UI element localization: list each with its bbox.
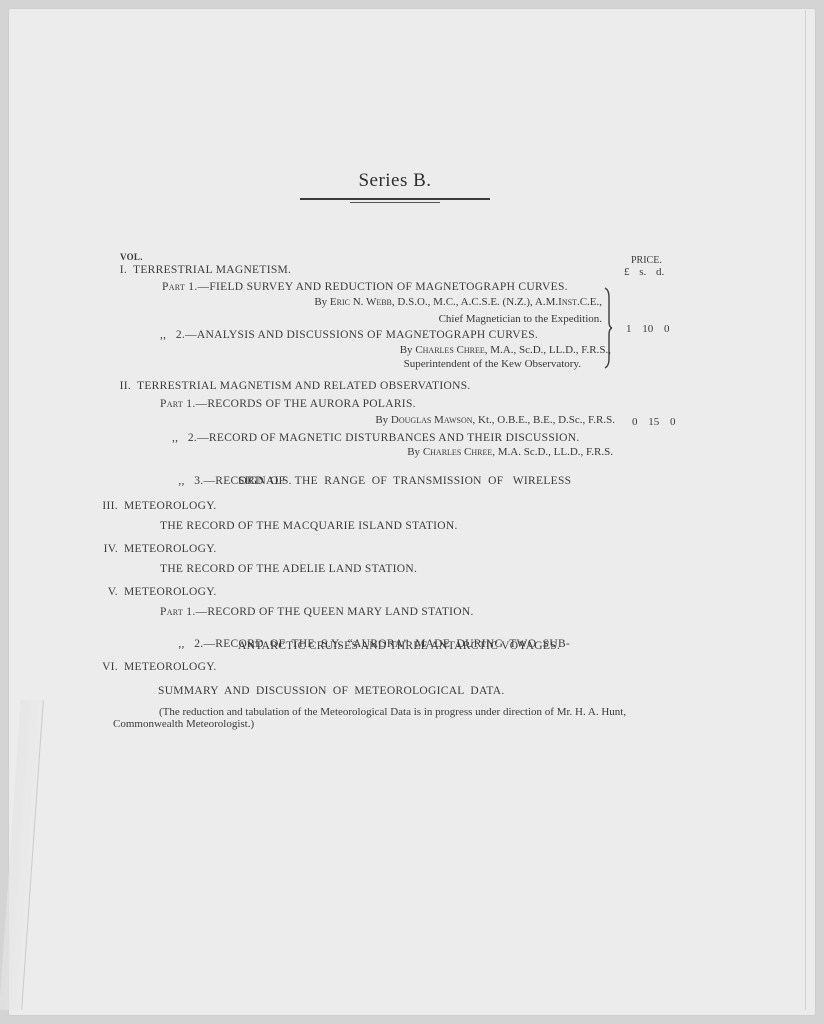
author-inst: Inst [558, 296, 577, 308]
author-line: By Charles Chree, M.A., Sc.D., LL.D., F.… [400, 344, 611, 356]
brace-bracket [604, 287, 612, 369]
part-title: RECORDS OF THE AURORA POLARIS. [207, 398, 415, 410]
author-name: Charles Chree [415, 344, 484, 356]
author-credentials: , Kt., O.B.E., B.E., D.Sc., F.R.S. [473, 414, 615, 426]
volume-2-part-3: ,, 3.—RECORD OF THE RANGE OF TRANSMISSIO… [172, 463, 571, 487]
volume-number: II. [104, 380, 131, 392]
volume-1-part-2: ,, 2.—ANALYSIS AND DISCUSSIONS OF MAGNET… [160, 329, 538, 341]
volume-2-heading: II.TERRESTRIAL MAGNETISM AND RELATED OBS… [104, 380, 471, 392]
author-name: Charles Chree [423, 446, 492, 458]
volume-title: TERRESTRIAL MAGNETISM AND RELATED OBSERV… [137, 380, 471, 392]
title-rule-short [350, 202, 440, 203]
author-name: Douglas Mawson [391, 414, 473, 426]
part-label: ,, 2.— [178, 638, 215, 650]
author-line: By Douglas Mawson, Kt., O.B.E., B.E., D.… [375, 414, 615, 426]
part-label: ,, 2.— [160, 329, 197, 341]
price-units: £ s. d. [624, 266, 664, 278]
part-title: ANALYSIS AND DISCUSSIONS OF MAGNETOGRAPH… [197, 329, 538, 341]
volume-6-heading: VI.METEOROLOGY. [91, 661, 217, 673]
part-label: Part 1.— [160, 398, 207, 410]
author-role: Superintendent of the Kew Observatory. [404, 358, 581, 370]
volume-4-heading: IV.METEOROLOGY. [91, 543, 217, 555]
volume-3-subtitle: THE RECORD OF THE MACQUARIE ISLAND STATI… [160, 520, 458, 532]
part-label: ,, 2.— [172, 432, 209, 444]
part-title: RECORD OF THE QUEEN MARY LAND STATION. [207, 606, 473, 618]
part-title: RECORD OF MAGNETIC DISTURBANCES AND THEI… [209, 432, 580, 444]
author-credentials: , M.A. Sc.D., LL.D., F.R.S. [492, 446, 613, 458]
part-label: Part 1.— [160, 606, 207, 618]
author-role: Chief Magnetician to the Expedition. [439, 313, 602, 325]
author-line: By Charles Chree, M.A. Sc.D., LL.D., F.R… [407, 446, 613, 458]
volume-5-heading: V.METEOROLOGY. [91, 586, 217, 598]
part-label: Part 1.— [162, 281, 209, 293]
volume-number: VI. [91, 661, 118, 673]
volume-title: METEOROLOGY. [124, 586, 217, 598]
volume-6-subtitle: SUMMARY AND DISCUSSION OF METEOROLOGICAL… [158, 685, 505, 697]
volume-5-part-2-continued: ANTARCTIC CRUISES AND THREE ANTARCTIC VO… [238, 640, 560, 652]
volume-2-part-1: Part 1.—RECORDS OF THE AURORA POLARIS. [160, 398, 416, 410]
author-line: By Eric N. Webb, D.S.O., M.C., A.C.S.E. … [314, 296, 602, 308]
author-name: Eric N. Webb [330, 296, 392, 308]
series-title: Series B. [0, 170, 790, 192]
volume-5-part-1: Part 1.—RECORD OF THE QUEEN MARY LAND ST… [160, 606, 474, 618]
author-prefix: By [407, 446, 423, 458]
author-credentials: , M.A., Sc.D., LL.D., F.R.S., [485, 344, 611, 356]
vol-column-label: VOL. [120, 252, 143, 262]
volume-number: I. [100, 264, 127, 276]
volume-1-price: 1 10 0 [626, 323, 670, 335]
author-credentials: , D.S.O., M.C., A.C.S.E. (N.Z.), A.M. [392, 296, 558, 308]
volume-title: METEOROLOGY. [124, 543, 217, 555]
author-prefix: By [400, 344, 416, 356]
volume-number: IV. [91, 543, 118, 555]
volume-2-part-2: ,, 2.—RECORD OF MAGNETIC DISTURBANCES AN… [172, 432, 580, 444]
document-page [8, 8, 816, 1016]
page-right-edge [805, 10, 806, 1010]
footnote: (The reduction and tabulation of the Met… [113, 706, 673, 730]
part-title: FIELD SURVEY AND REDUCTION OF MAGNETOGRA… [209, 281, 568, 293]
volume-title: METEOROLOGY. [124, 500, 217, 512]
volume-number: V. [91, 586, 118, 598]
volume-2-price: 0 15 0 [632, 416, 676, 428]
author-prefix: By [375, 414, 391, 426]
author-credentials-end: .C.E., [577, 296, 602, 308]
volume-2-part-3-continued: SIGNALS. [238, 475, 292, 487]
volume-1-heading: I.TERRESTRIAL MAGNETISM. [100, 264, 291, 276]
volume-title: METEOROLOGY. [124, 661, 217, 673]
volume-number: III. [91, 500, 118, 512]
author-prefix: By [314, 296, 330, 308]
title-rule [300, 198, 490, 200]
volume-1-part-1: Part 1.—FIELD SURVEY AND REDUCTION OF MA… [162, 281, 568, 293]
volume-3-heading: III.METEOROLOGY. [91, 500, 217, 512]
volume-4-subtitle: THE RECORD OF THE ADELIE LAND STATION. [160, 563, 417, 575]
volume-title: TERRESTRIAL MAGNETISM. [133, 264, 291, 276]
part-label: ,, 3.— [178, 475, 215, 487]
price-column-label: PRICE. [631, 255, 662, 266]
